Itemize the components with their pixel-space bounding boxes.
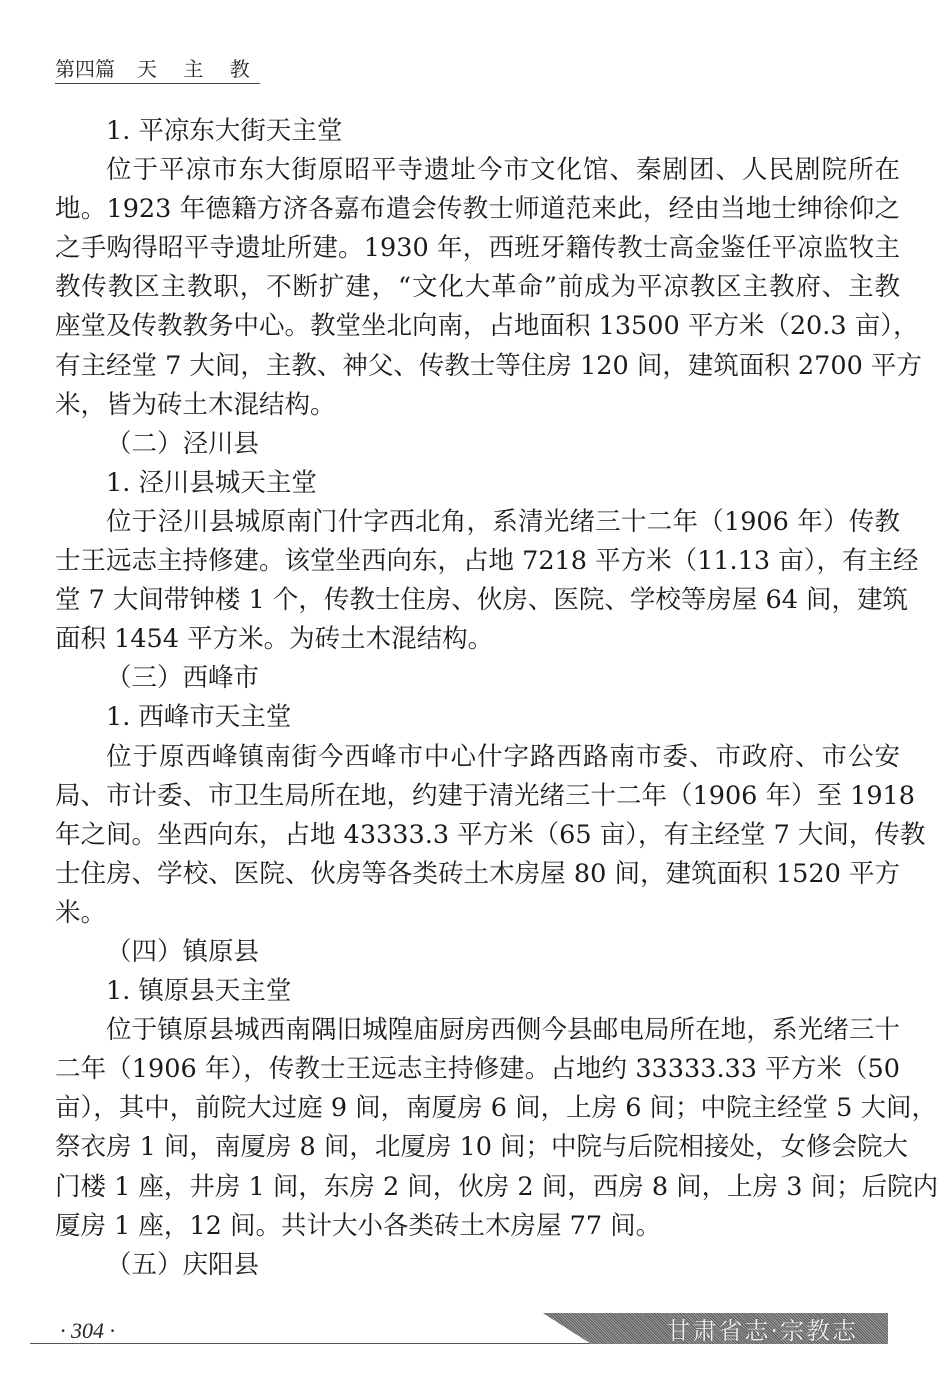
subsection-heading: 1. 西峰市天主堂: [55, 698, 900, 737]
subsection-heading: 1. 镇原县天主堂: [55, 972, 900, 1011]
book-title: 甘肃省志·宗教志: [666, 1311, 858, 1346]
section-heading: （五）庆阳县: [55, 1246, 900, 1285]
text-line: 座堂及传教教务中心。教堂坐北向南，占地面积 13500 平方米（20.3 亩），: [55, 307, 900, 346]
text-line: 士住房、学校、医院、伙房等各类砖土木房屋 80 间，建筑面积 1520 平方: [55, 855, 900, 894]
text-line: 米。: [55, 894, 900, 933]
text-line: 士王远志主持修建。该堂坐西向东，占地 7218 平方米（11.13 亩），有主经: [55, 542, 900, 581]
book-title-banner: 甘肃省志·宗教志: [543, 1313, 888, 1344]
text-line: 1. 平凉东大街天主堂: [55, 112, 900, 151]
page-number: · 304 ·: [60, 1318, 115, 1344]
text-line: 位于镇原县城西南隅旧城隍庙厨房西侧今县邮电局所在地，系光绪三十: [55, 1011, 900, 1050]
text-line: 之手购得昭平寺遗址所建。1930 年，西班牙籍传教士高金鉴任平凉监牧主: [55, 229, 900, 268]
text-line: 位于平凉市东大街原昭平寺遗址今市文化馆、秦剧团、人民剧院所在: [55, 151, 900, 190]
section-heading: （二）泾川县: [55, 425, 900, 464]
text-line: 地。1923 年德籍方济各嘉布遣会传教士师道范来此，经由当地士绅徐仰之: [55, 190, 900, 229]
text-line: 米，皆为砖土木混结构。: [55, 386, 900, 425]
body-text: 1. 平凉东大街天主堂 位于平凉市东大街原昭平寺遗址今市文化馆、秦剧团、人民剧院…: [55, 112, 900, 1285]
text-line: 堂 7 大间带钟楼 1 个，传教士住房、伙房、医院、学校等房屋 64 间，建筑: [55, 581, 900, 620]
text-line: 教传教区主教职，不断扩建，“文化大革命”前成为平凉教区主教府、主教: [55, 268, 900, 307]
text-line: 局、市计委、市卫生局所在地，约建于清光绪三十二年（1906 年）至 1918: [55, 777, 900, 816]
section-heading: （四）镇原县: [55, 933, 900, 972]
running-head-part: 第四篇: [55, 57, 115, 81]
subsection-heading: 1. 泾川县城天主堂: [55, 464, 900, 503]
text-line: 祭衣房 1 间，南厦房 8 间，北厦房 10 间；中院与后院相接处，女修会院大: [55, 1128, 900, 1167]
text-line: 位于原西峰镇南街今西峰市中心什字路西路南市委、市政府、市公安: [55, 738, 900, 777]
text-line: 亩），其中，前院大过庭 9 间，南厦房 6 间，上房 6 间；中院主经堂 5 大…: [55, 1089, 900, 1128]
text-line: 二年（1906 年），传教士王远志主持修建。占地约 33333.33 平方米（5…: [55, 1050, 900, 1089]
running-head: 第四篇天 主 教: [55, 56, 260, 84]
text-line: 面积 1454 平方米。为砖土木混结构。: [55, 620, 900, 659]
text-line: 位于泾川县城原南门什字西北角，系清光绪三十二年（1906 年）传教: [55, 503, 900, 542]
text-line: 门楼 1 座，井房 1 间，东房 2 间，伙房 2 间，西房 8 间，上房 3 …: [55, 1168, 900, 1207]
section-heading: （三）西峰市: [55, 659, 900, 698]
text-line: 年之间。坐西向东，占地 43333.3 平方米（65 亩），有主经堂 7 大间，…: [55, 816, 900, 855]
text-line: 有主经堂 7 大间，主教、神父、传教士等住房 120 间，建筑面积 2700 平…: [55, 347, 900, 386]
running-head-title: 天 主 教: [137, 57, 260, 81]
text-line: 厦房 1 座，12 间。共计大小各类砖土木房屋 77 间。: [55, 1207, 900, 1246]
footer-rule-right: [320, 1343, 590, 1344]
